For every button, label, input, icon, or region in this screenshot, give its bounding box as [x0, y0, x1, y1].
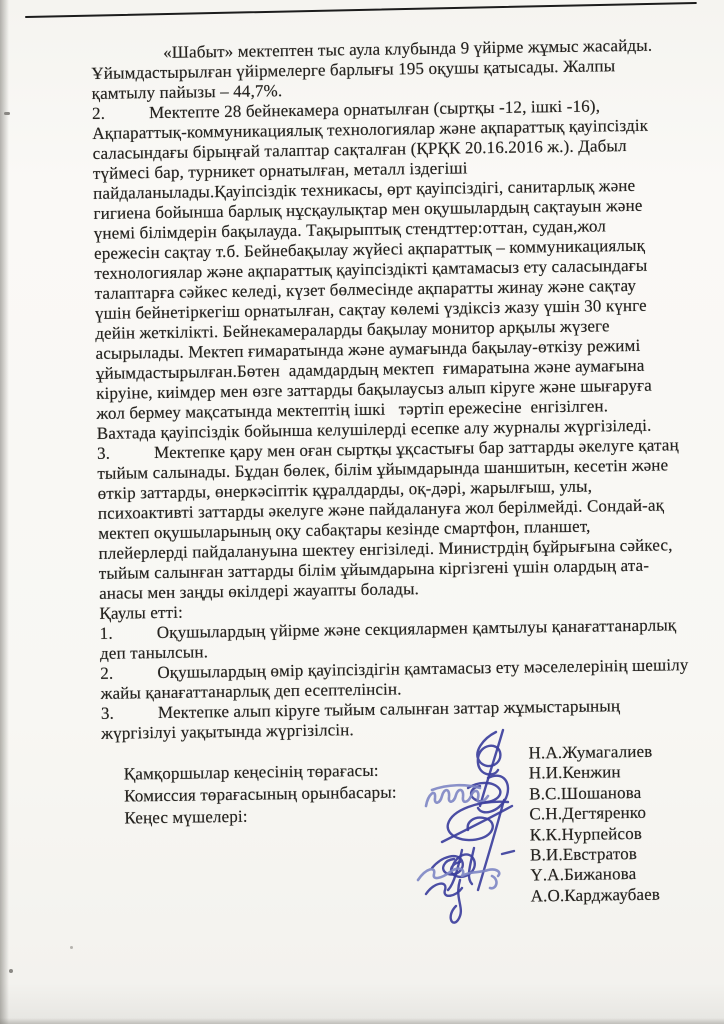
signature-role-deputy: Комиссия төрағасының орынбасары:	[124, 782, 397, 808]
signatory-name: В.С.Шошанова	[529, 782, 659, 804]
signature-stroke	[502, 851, 514, 854]
signatory-name: В.И.Евстратов	[530, 844, 660, 866]
signatory-names: Н.А.Жумагалиев Н.И.Кенжин В.С.Шошанова С…	[528, 742, 660, 907]
signature-stroke	[490, 876, 496, 888]
signatory-name: К.К.Нурпейсов	[530, 823, 660, 845]
signature-role-members: Кеңес мүшелері:	[124, 803, 397, 829]
paragraph-item-2: 2. Мектепте 28 бейнекамера орнатылған (с…	[92, 95, 717, 444]
signatory-name: Ү.А.Бижанова	[530, 864, 660, 886]
signatory-name: Н.А.Жумагалиев	[528, 742, 658, 764]
signatory-name: А.О.Карджаубаев	[531, 884, 661, 906]
signature-roles: Қамқоршылар кеңесінің төрағасы: Комиссия…	[124, 760, 398, 830]
signature-stroke	[426, 884, 462, 896]
signatory-name: С.Н.Дегтяренко	[529, 803, 659, 825]
scan-speck	[9, 969, 13, 973]
paragraph-item-3: 3. Мектепке қару мен оған сыртқы ұқсасты…	[97, 435, 719, 604]
signature-stroke	[469, 848, 474, 884]
signatory-name: Н.И.Кенжин	[529, 762, 659, 784]
scan-bottom-edge-shadow	[0, 1018, 724, 1024]
intro-paragraph: «Шабыт» мектептен тыс аула клубында 9 үй…	[91, 35, 712, 104]
document-content: «Шабыт» мектептен тыс аула клубында 9 үй…	[0, 0, 724, 959]
handwritten-signatures-ink	[408, 718, 540, 934]
signature-stroke	[451, 880, 461, 923]
scanned-document-page: «Шабыт» мектептен тыс аула клубында 9 үй…	[0, 0, 724, 1024]
signature-stroke	[418, 869, 499, 880]
